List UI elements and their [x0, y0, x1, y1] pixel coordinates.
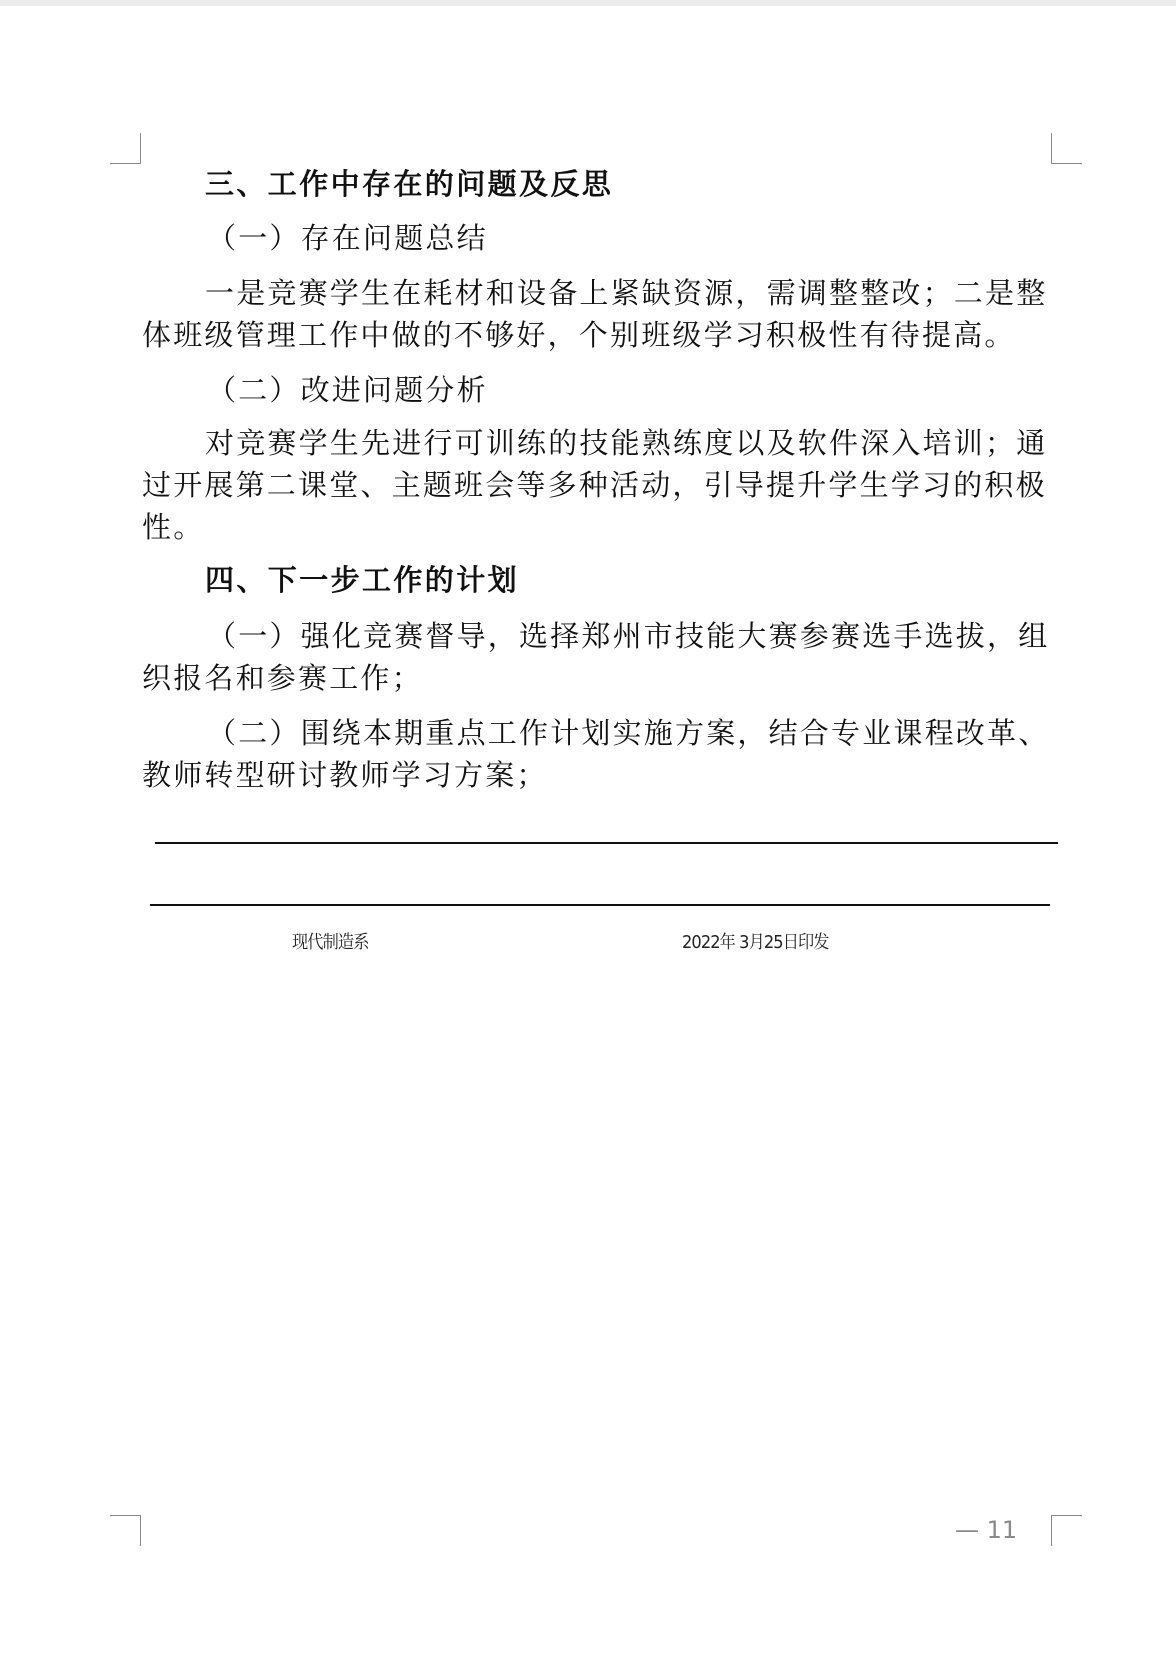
- page-number: — 11: [955, 1515, 1017, 1545]
- footer-rule-top: [155, 842, 1058, 844]
- paragraph-line: 一是竞赛学生在耗材和设备上紧缺资源，需调整整改；二是整: [205, 272, 1125, 314]
- issuer-label: 现代制造系: [292, 931, 369, 955]
- subsection-heading-problems: （一）存在问题总结: [207, 217, 1127, 259]
- paragraph-line: 体班级管理工作中做的不够好，个别班级学习积极性有待提高。: [142, 314, 1062, 356]
- plan-item-1-cont: 织报名和参赛工作；: [142, 657, 1062, 699]
- crop-mark-top-right: [1051, 133, 1082, 164]
- crop-mark-bottom-left: [110, 1515, 141, 1546]
- paragraph-line: 对竞赛学生先进行可训练的技能熟练度以及软件深入培训；通: [205, 422, 1125, 464]
- issue-date: 2022年 3月25日印发: [682, 931, 829, 955]
- paragraph-line: 性。: [142, 506, 1062, 548]
- crop-mark-top-left: [110, 133, 141, 164]
- crop-mark-bottom-right: [1051, 1515, 1082, 1546]
- viewer-top-band: [0, 0, 1176, 6]
- plan-item-2: （二）围绕本期重点工作计划实施方案，结合专业课程改革、: [207, 712, 1127, 754]
- section-heading-4: 四、下一步工作的计划: [205, 559, 1125, 601]
- section-heading-3: 三、工作中存在的问题及反思: [205, 163, 1125, 205]
- footer-rule-bottom: [150, 904, 1050, 906]
- plan-item-2-cont: 教师转型研讨教师学习方案；: [142, 754, 1062, 796]
- plan-item-1: （一）强化竞赛督导，选择郑州市技能大赛参赛选手选拔，组: [207, 615, 1127, 657]
- paragraph-line: 过开展第二课堂、主题班会等多种活动，引导提升学生学习的积极: [142, 464, 1062, 506]
- subsection-heading-analysis: （二）改进问题分析: [207, 369, 1127, 411]
